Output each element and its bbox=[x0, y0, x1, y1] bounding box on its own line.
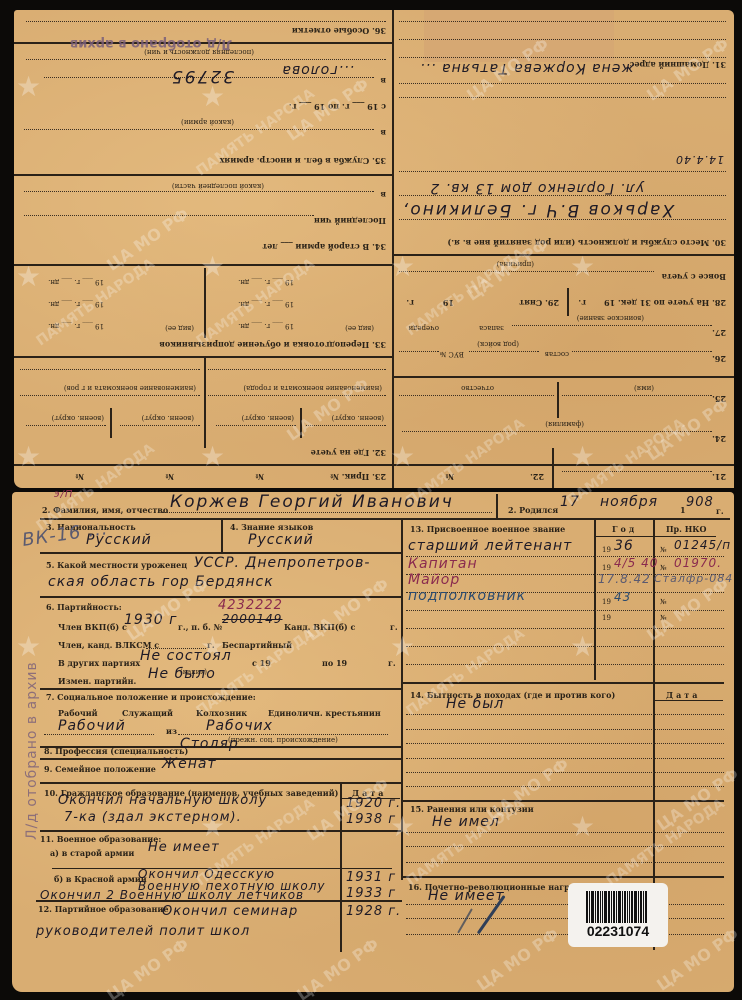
field-33-label: 33. Переподготовка и обучение допризывни… bbox=[159, 340, 386, 350]
okrug-caption: (военн. округ) bbox=[242, 414, 294, 422]
divider bbox=[301, 408, 303, 438]
field-11b-label: б) в Красной армии bbox=[54, 874, 147, 884]
barcode-icon bbox=[586, 891, 652, 923]
rule bbox=[655, 700, 723, 701]
line bbox=[399, 395, 554, 396]
line bbox=[406, 846, 724, 847]
party-education-text: Окончил семинар руководителей полит школ bbox=[36, 902, 326, 942]
rank-year: 36 bbox=[614, 538, 634, 554]
g: г. bbox=[406, 298, 414, 308]
v: в bbox=[380, 128, 386, 138]
caption-zapas: запаса bbox=[479, 324, 504, 332]
rule bbox=[40, 688, 402, 690]
deviations-label: Измен. партийн. bbox=[58, 676, 136, 686]
divider bbox=[205, 268, 207, 338]
year-prefix: 19 bbox=[602, 614, 611, 622]
line bbox=[406, 743, 724, 744]
born-g: г. bbox=[716, 506, 724, 516]
field-27-label: 27. bbox=[712, 328, 726, 338]
year-prefix: 19 bbox=[602, 598, 611, 606]
field-26-label: 26. bbox=[712, 354, 726, 364]
line bbox=[216, 425, 296, 426]
order-prefix: № bbox=[660, 546, 667, 554]
wounds-value: Не имел bbox=[432, 814, 500, 830]
caption-vid: (вид ее) bbox=[165, 324, 194, 332]
vkpb-year: 1930 г bbox=[124, 612, 177, 628]
date-header: Дата bbox=[666, 690, 700, 700]
v: в bbox=[380, 76, 386, 86]
line bbox=[208, 369, 386, 370]
corner-mark-small: э/П bbox=[54, 489, 73, 500]
line bbox=[406, 758, 724, 759]
rank-order: 01245/п bbox=[674, 538, 731, 552]
barcode-number: 02231074 bbox=[568, 923, 668, 939]
rank-year: 43 bbox=[614, 590, 631, 604]
handwritten-workplace-1: Харьков В.Ч г. Беликино, bbox=[401, 200, 674, 220]
line bbox=[406, 714, 724, 715]
voenkomat-caption: (наименование военкомата и города) bbox=[243, 384, 382, 392]
divider bbox=[393, 10, 395, 488]
divider bbox=[558, 382, 560, 418]
voenkomat-caption: (наименование военкомата и г ров) bbox=[64, 384, 196, 392]
line bbox=[406, 610, 724, 611]
rule bbox=[394, 464, 734, 466]
order-prefix: № bbox=[660, 614, 667, 622]
field-30-label: 30. Место службы и должность (или род за… bbox=[448, 238, 726, 248]
caption-vid: (вид ее) bbox=[345, 324, 374, 332]
g: г. bbox=[390, 622, 398, 632]
option-worker: Рабочий bbox=[58, 708, 98, 718]
divider bbox=[401, 518, 403, 880]
rank-year: 4/5 40 bbox=[614, 556, 658, 570]
field-23-no: № bbox=[255, 472, 264, 482]
caption-zvanie: (воинское звание) bbox=[577, 314, 644, 322]
party-card-no-corrected: 4232222 bbox=[218, 598, 283, 613]
rank-name: Майор bbox=[408, 572, 460, 588]
field-34-last-rank: Последний чин bbox=[314, 216, 386, 226]
line bbox=[399, 171, 726, 172]
okrug-caption: (военн. округ) bbox=[142, 414, 194, 422]
caption-origin: (прежн. соц. происхождение) bbox=[228, 736, 338, 744]
vkpb-label: Член ВКП(б) с bbox=[58, 622, 127, 632]
line bbox=[406, 786, 724, 787]
line bbox=[20, 369, 200, 370]
line bbox=[306, 425, 386, 426]
field-2-label: 2. Фамилия, имя, отчество bbox=[42, 505, 168, 515]
birthplace-value-1: УССР. Днепропетров- bbox=[194, 555, 370, 571]
line bbox=[406, 918, 724, 919]
line bbox=[406, 832, 724, 833]
education-date: 1938 г bbox=[346, 812, 396, 827]
stamp-archived: Л/д отобрано в архив bbox=[24, 661, 40, 840]
line bbox=[469, 351, 539, 352]
rank-order: 01970. bbox=[674, 556, 722, 570]
pb-label: г., п. б. № bbox=[178, 622, 222, 632]
caption-sostav: состав bbox=[545, 350, 569, 358]
okrug-caption: (военн. округ) bbox=[52, 414, 104, 422]
rule bbox=[40, 552, 402, 554]
field-29-label: 29. Снят bbox=[519, 298, 559, 308]
field-28-label: 28. На учете по 31 дек. 19 bbox=[604, 298, 726, 308]
field-23-no: № bbox=[165, 472, 174, 482]
line bbox=[406, 646, 724, 647]
line bbox=[399, 97, 726, 98]
line bbox=[162, 512, 492, 513]
education-text: Окончил начальную школу bbox=[58, 793, 267, 808]
social-origin-value: Рабочих bbox=[206, 718, 273, 734]
education-date: 1920 г. bbox=[346, 796, 401, 811]
rule bbox=[402, 800, 724, 802]
field-22-no: № bbox=[445, 472, 454, 482]
year-header: Год bbox=[612, 524, 637, 534]
line bbox=[512, 325, 712, 326]
party-card-no: 2000149 bbox=[222, 612, 282, 626]
line bbox=[406, 628, 724, 629]
line bbox=[178, 734, 388, 735]
kand-label: Канд. ВКП(б) с bbox=[284, 622, 355, 632]
rule bbox=[402, 682, 724, 684]
field-15-label: 15. Ранения или контузии bbox=[410, 804, 534, 814]
deviations-value: Не было bbox=[148, 666, 216, 682]
year-prefix: 19 bbox=[602, 564, 611, 572]
field-23-label: 23. Прик. № bbox=[330, 472, 386, 482]
stamp-archived-inverted: Л/д отобрано в архив bbox=[70, 36, 232, 51]
field-8-label: 8. Профессия (специальность) bbox=[44, 746, 188, 756]
rank-order: Сталфр-084 bbox=[654, 572, 733, 585]
education-text: 7-ка (здал экстерном). bbox=[64, 810, 242, 825]
field-7-label: 7. Социальное положение и происхождение: bbox=[46, 692, 256, 702]
rank-name: старший лейтенант bbox=[408, 538, 572, 554]
dates: 19 ___ г. ___ дн. bbox=[48, 278, 104, 286]
g: г. bbox=[388, 658, 396, 668]
caption-ochered: очереди bbox=[408, 324, 439, 332]
nineteen: 19 bbox=[443, 298, 454, 308]
caption-unit: (какой последней части) bbox=[172, 182, 264, 190]
divider bbox=[568, 288, 570, 316]
line bbox=[44, 734, 154, 735]
field-4-label: 4. Знание языков bbox=[230, 522, 313, 532]
party-education-date: 1928 г. bbox=[346, 904, 401, 919]
order-prefix: № bbox=[660, 598, 667, 606]
field-14-label: 14. Бытность в походах (где и против ког… bbox=[410, 690, 615, 700]
divider bbox=[340, 782, 342, 952]
po19: по 19 bbox=[322, 658, 347, 668]
line bbox=[399, 57, 726, 58]
profession-value: Столяр bbox=[180, 736, 239, 752]
line bbox=[406, 904, 724, 905]
rule bbox=[394, 254, 734, 256]
campaigns-value: Не был bbox=[446, 696, 504, 712]
year-prefix: 19 bbox=[602, 546, 611, 554]
line bbox=[399, 271, 654, 272]
caption-vus: ВУС № bbox=[440, 350, 464, 358]
field-25-label: 25. bbox=[712, 394, 726, 404]
line bbox=[399, 351, 439, 352]
rank-year: 17.8.42 bbox=[598, 572, 651, 586]
languages-value: Русский bbox=[248, 532, 314, 548]
field-13-label: 13. Присвоенное военное звание bbox=[410, 524, 565, 534]
field-24-label: 24. bbox=[712, 434, 726, 444]
top-half-content: 21. 22. № 23. Прик. № № № № 24. (фамилия… bbox=[14, 10, 734, 488]
field-11-label: 11. Военное образование: bbox=[40, 834, 161, 844]
nonparty-label: Беспартийный bbox=[222, 640, 292, 650]
rank-name: подполковник bbox=[408, 588, 526, 604]
caption-rod-voisk: (род войск) bbox=[477, 340, 519, 348]
line bbox=[24, 191, 374, 192]
field-31-label: 31. Домашний адрес bbox=[630, 60, 726, 70]
born-day: 17 bbox=[560, 494, 580, 510]
field-23-no: № bbox=[75, 472, 84, 482]
dates: 19 ___ г. ___ дн. bbox=[238, 300, 294, 308]
line bbox=[24, 215, 314, 216]
divider bbox=[205, 358, 207, 448]
field-24-caption: (фамилия) bbox=[545, 420, 584, 428]
iz: из bbox=[166, 726, 177, 736]
rule bbox=[596, 536, 716, 537]
line bbox=[20, 395, 200, 396]
dates: 19 ___ г. ___ дн. bbox=[238, 278, 294, 286]
caption-army: (какой армии) bbox=[181, 118, 234, 126]
rule bbox=[14, 264, 394, 266]
line bbox=[120, 425, 200, 426]
handwritten-date: 14.4.40 bbox=[675, 153, 724, 166]
rule bbox=[40, 758, 402, 760]
handwritten-number: 32795 bbox=[170, 66, 234, 86]
rule bbox=[402, 876, 724, 878]
born-year-prefix: 1 bbox=[680, 505, 686, 515]
dates: 19 ___ г. ___ дн. bbox=[48, 322, 104, 330]
field-vovse-label: Вовсе с учета bbox=[662, 272, 726, 282]
born-month: ноября bbox=[600, 494, 658, 510]
rule bbox=[40, 830, 402, 832]
handwritten-workplace-2: ул. Горленко дом 13 кв. 2 bbox=[429, 180, 644, 196]
option-employee: Служащий bbox=[122, 708, 173, 718]
awards-value: Не имеет bbox=[428, 888, 505, 904]
field-34-label: 34. В старой армии ___ лет bbox=[262, 242, 386, 252]
field-9-label: 9. Семейное положение bbox=[44, 764, 156, 774]
field-5-label: 5. Какой местности уроженец bbox=[46, 560, 187, 570]
field-6-label: 6. Партийность: bbox=[46, 602, 122, 612]
line bbox=[399, 83, 726, 84]
s19: с 19 bbox=[252, 658, 271, 668]
military-education-date: 1933 г bbox=[346, 886, 396, 901]
line bbox=[399, 39, 726, 40]
old-army-education-value: Не имеет bbox=[148, 840, 220, 855]
caption-patronymic: отчество bbox=[461, 384, 494, 392]
divider bbox=[111, 408, 113, 438]
field-35-dates: с 19 ___ г. по 19 ___ г. bbox=[289, 102, 386, 112]
line bbox=[26, 425, 106, 426]
born-year: 908 bbox=[686, 495, 714, 510]
barcode-label: 02231074 bbox=[568, 883, 668, 947]
field-35-label: 35. Служба в бел. и иностр. армиях bbox=[220, 156, 386, 166]
line bbox=[572, 351, 712, 352]
line bbox=[24, 129, 374, 130]
handwritten-notes: ...голова bbox=[281, 62, 354, 78]
caption-name: (имя) bbox=[634, 384, 654, 392]
rank-name: Капитан bbox=[408, 556, 478, 572]
field-24-line bbox=[402, 431, 712, 432]
field-36-label: 36. Особые отметки bbox=[292, 26, 386, 36]
field-21-label: 21. bbox=[712, 472, 726, 482]
divider bbox=[594, 520, 596, 680]
option-kolkhoz: Колхозник bbox=[196, 708, 247, 718]
birthplace-value-2: ская область гор Бердянск bbox=[48, 574, 274, 590]
field-32-label: 32. Где на учете bbox=[311, 448, 386, 458]
rule bbox=[14, 464, 394, 466]
line bbox=[406, 934, 724, 935]
line bbox=[26, 21, 386, 22]
g: г. bbox=[578, 298, 586, 308]
line bbox=[406, 664, 724, 665]
family-status-value: Женат bbox=[162, 756, 217, 772]
okrug-caption: (военн. округ) bbox=[332, 414, 384, 422]
v: в bbox=[380, 190, 386, 200]
divider bbox=[496, 494, 498, 518]
social-status-value: Рабочий bbox=[58, 718, 126, 734]
caption-prichina: (причина) bbox=[497, 260, 534, 268]
order-prefix: № bbox=[660, 564, 667, 572]
field-21-line bbox=[562, 471, 712, 472]
rule bbox=[14, 174, 394, 176]
line bbox=[399, 21, 726, 22]
field-11a-label: а) в старой армии bbox=[50, 848, 134, 858]
born-label: 2. Родился bbox=[508, 505, 558, 515]
line bbox=[208, 395, 386, 396]
line bbox=[406, 862, 724, 863]
order-header: Пр. НКО bbox=[666, 524, 707, 534]
dates: 19 ___ г. ___ дн. bbox=[238, 322, 294, 330]
other-parties-label: В других партиях bbox=[58, 658, 140, 668]
rule bbox=[40, 518, 730, 520]
line bbox=[406, 772, 724, 773]
line bbox=[562, 395, 712, 396]
other-parties-value: Не состоял bbox=[140, 648, 232, 664]
handwritten-home-address: жена Коржева Татьяна ... bbox=[419, 60, 634, 76]
line bbox=[26, 59, 386, 60]
option-peasant: Единоличн. крестьянин bbox=[268, 708, 381, 718]
line bbox=[406, 729, 724, 730]
divider bbox=[221, 518, 223, 552]
dates: 19 ___ г. ___ дн. bbox=[48, 300, 104, 308]
military-education-date: 1931 г bbox=[346, 870, 396, 885]
field-22-label: 22. bbox=[530, 472, 544, 482]
rule bbox=[394, 376, 734, 378]
rule bbox=[14, 356, 394, 358]
rule bbox=[40, 782, 402, 784]
divider bbox=[553, 448, 555, 488]
field-name-value: Коржев Георгий Иванович bbox=[170, 492, 454, 512]
